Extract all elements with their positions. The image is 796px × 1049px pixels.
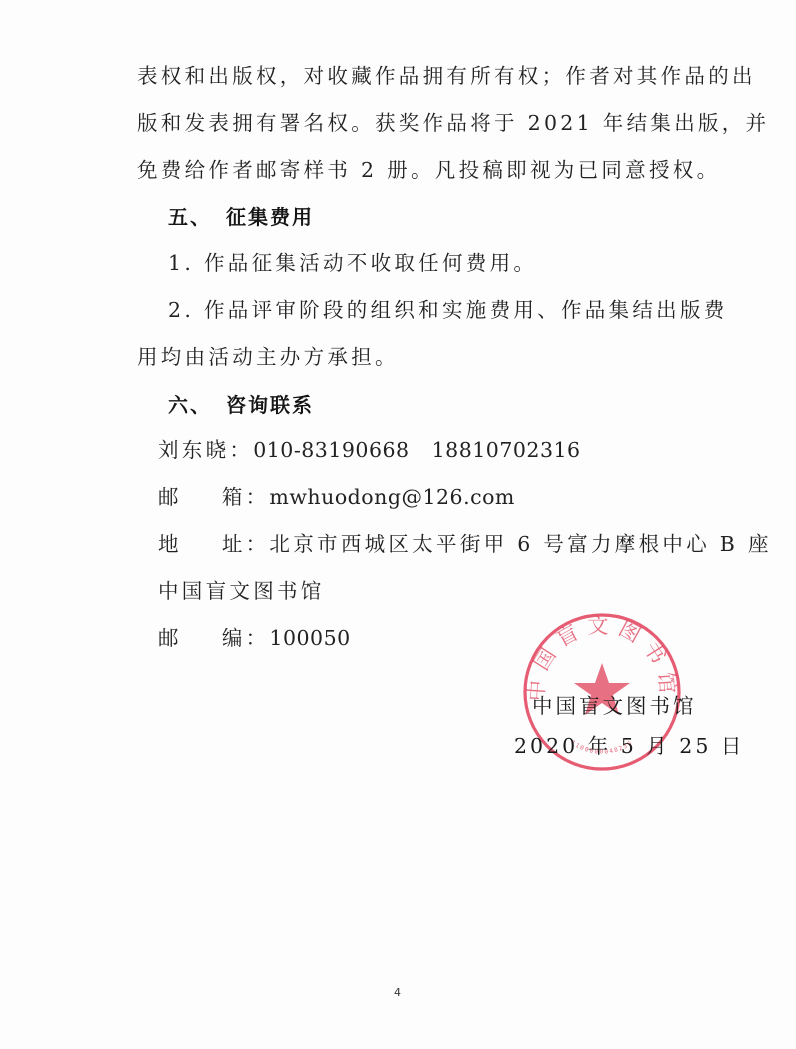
paragraph-line: 表权和出版权，对收藏作品拥有所有权；作者对其作品的出 [137, 62, 756, 90]
document-page: 表权和出版权，对收藏作品拥有所有权；作者对其作品的出 版和发表拥有署名权。获奖作… [0, 0, 796, 1049]
contact-mobile: 18810702316 [432, 438, 581, 462]
section-title: 征集费用 [226, 205, 314, 229]
postcode-label: 编： [222, 626, 270, 650]
paragraph-line: 版和发表拥有署名权。获奖作品将于 2021 年结集出版，并 [137, 109, 769, 137]
paragraph-line: 免费给作者邮寄样书 2 册。凡投稿即视为已同意授权。 [137, 156, 720, 184]
section-heading-contact: 六、咨询联系 [168, 391, 314, 419]
section-number: 六、 [168, 393, 212, 417]
email-label: 箱： [222, 485, 270, 509]
postcode-label: 邮 [158, 626, 182, 650]
contact-phone-line: 刘东晓：010-8319066818810702316 [158, 436, 581, 464]
fee-item-2: 2. 作品评审阶段的组织和实施费用、作品集结出版费 [168, 296, 728, 324]
section-number: 五、 [168, 205, 212, 229]
contact-postcode-line: 邮编：100050 [158, 624, 351, 652]
fee-item-2-continued: 用均由活动主办方承担。 [137, 343, 399, 371]
signature-organization: 中国盲文图书馆 [532, 692, 697, 720]
address-label: 址： [222, 532, 270, 556]
page-number: 4 [394, 986, 401, 999]
contact-email-line: 邮箱：mwhuodong@126.com [158, 483, 515, 511]
fee-item-1: 1. 作品征集活动不收取任何费用。 [168, 249, 537, 277]
contact-person-label: 刘东晓： [158, 438, 253, 462]
contact-address: 北京市西城区太平街甲 6 号富力摩根中心 B 座 [269, 532, 771, 556]
signature-date: 2020 年 5 月 25 日 [514, 732, 744, 760]
address-label: 地 [158, 532, 182, 556]
contact-postcode: 100050 [269, 626, 350, 650]
section-heading-fees: 五、征集费用 [168, 203, 314, 231]
contact-phone: 010-83190668 [253, 438, 409, 462]
contact-address-continued: 中国盲文图书馆 [158, 577, 325, 605]
email-label: 邮 [158, 485, 182, 509]
contact-email: mwhuodong@126.com [269, 485, 514, 509]
section-title: 咨询联系 [226, 393, 314, 417]
contact-address-line: 地址：北京市西城区太平街甲 6 号富力摩根中心 B 座 [158, 530, 772, 558]
